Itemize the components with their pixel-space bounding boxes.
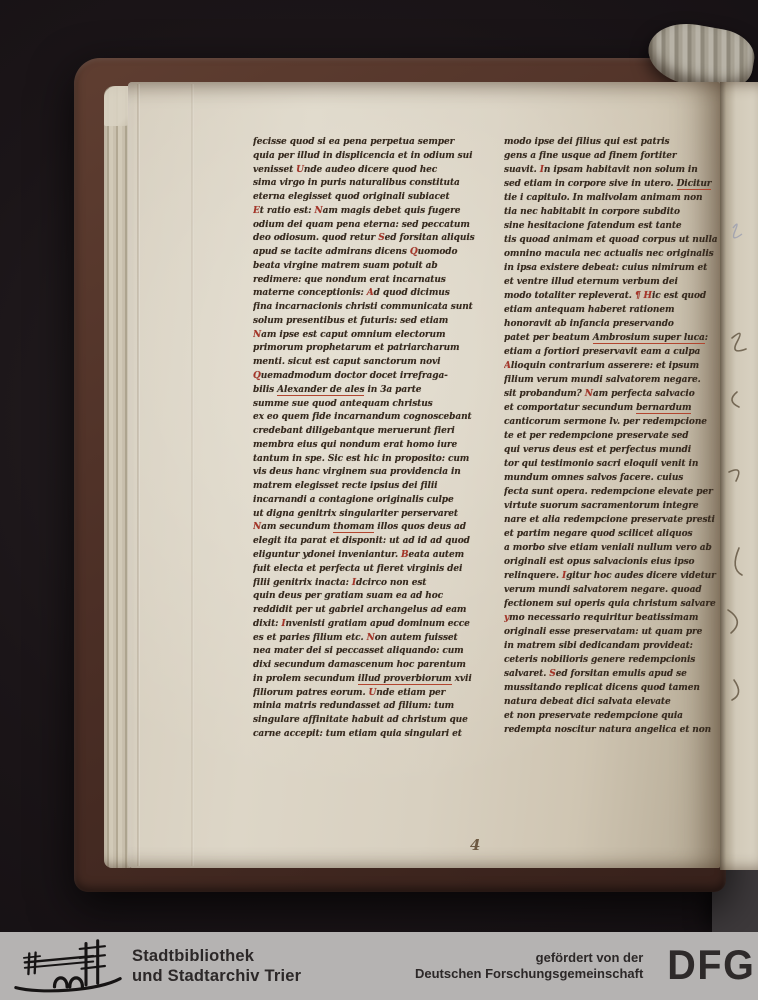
manuscript-line: tor qui testimonio sacri eloquii venit i… xyxy=(504,457,718,471)
funding-line2: Deutschen Forschungsgemeinschaft xyxy=(415,966,643,982)
manuscript-line: fectionem sui operis quia christum salva… xyxy=(504,597,718,611)
manuscript-line: ex eo quem fide incarnandum cognoscebant xyxy=(253,411,475,425)
manuscript-line: Quemadmodum doctor docet irrefraga- xyxy=(253,370,475,384)
manuscript-line: menti. sicut est caput sanctorum novi te… xyxy=(253,356,475,370)
library-name-line2: und Stadtarchiv Trier xyxy=(132,966,301,986)
manuscript-line: sine hesitacione fatendum est tante ydon… xyxy=(504,219,718,233)
manuscript-line: mussitando replicat dicens quod tamen hu… xyxy=(504,681,718,695)
manuscript-line: omnino macula nec actualis nec originali… xyxy=(504,247,718,261)
manuscript-line: ut digna genitrix singulariter perservar… xyxy=(253,508,475,522)
manuscript-line: apud se tacite admirans dicens Quomodo c… xyxy=(253,246,475,260)
manuscript-line: relinquere. Igitur hoc audes dicere vide… xyxy=(504,569,718,583)
manuscript-line: bilis Alexander de ales in 3a parte xyxy=(253,384,475,398)
manuscript-line: summe sue quod antequam christus incarna… xyxy=(253,398,475,412)
manuscript-line: incarnandi a contagione originalis culpe xyxy=(253,494,475,508)
marginalia-squiggles xyxy=(716,140,758,760)
manuscript-line: verum mundi salvatorem negare. quoad per… xyxy=(504,583,718,597)
manuscript-line: membra eius qui nondum erat homo iure se… xyxy=(253,439,475,453)
manuscript-line: et non preservate redempcione quia perfe… xyxy=(504,709,718,723)
manuscript-line: nare et alia redempcione preservate pres… xyxy=(504,513,718,527)
manuscript-line: fecisse quod si ea pena perpetua semper … xyxy=(253,136,475,150)
manuscript-line: modo totaliter repleverat. ¶ Hic est quo… xyxy=(504,289,718,303)
manuscript-line: redempta noscitur natura angelica et non… xyxy=(504,723,718,737)
manuscript-line: etiam antequam haberet rationem filiacio… xyxy=(504,303,718,317)
manuscript-line: Nam ipse est caput omnium electorum ange… xyxy=(253,329,475,343)
manuscript-line: tie i capitulo. In malivolam animam non … xyxy=(504,191,718,205)
manuscript-line: et comportatur secundum bernardum super … xyxy=(504,401,718,415)
manuscript-line: in ipsa existere debeat: cuius nimirum e… xyxy=(504,261,718,275)
parchment-fold-line xyxy=(137,84,140,866)
manuscript-line: elegit ita parat et disponit: ut ad id a… xyxy=(253,535,475,549)
manuscript-line: sit probandum? Nam perfecta salvacio pro… xyxy=(504,387,718,401)
dfg-logo: DFG xyxy=(668,942,756,989)
manuscript-line: et ventre illud eternum verbum dei ineff… xyxy=(504,275,718,289)
manuscript-line: credebant diligebantque meruerunt fieri xyxy=(253,425,475,439)
manuscript-line: matrem elegisset recte ipsius dei filii … xyxy=(253,480,475,494)
manuscript-line: tantum in spe. Sic est hic in proposito:… xyxy=(253,453,475,467)
manuscript-line: eliguntur ydonei inveniantur. Beata aute… xyxy=(253,549,475,563)
manuscript-line: originali est opus salvacionis eius ipso… xyxy=(504,555,718,569)
manuscript-line: a morbo sive etiam veniali nullum vero a… xyxy=(504,541,718,555)
manuscript-line: materne conceptionis: Ad quod dicimus qu… xyxy=(253,287,475,301)
manuscript-line: sima virgo in puris naturalibus constitu… xyxy=(253,177,475,191)
footer-bar: Stadtbibliothek und Stadtarchiv Trier ge… xyxy=(0,932,758,1000)
library-name: Stadtbibliothek und Stadtarchiv Trier xyxy=(132,946,301,986)
digitized-manuscript-page: fecisse quod si ea pena perpetua semper … xyxy=(0,0,758,1000)
manuscript-line: sed etiam in corpore sive in utero. Dici… xyxy=(504,177,718,191)
trier-bridge-logo-icon xyxy=(14,937,122,995)
manuscript-line: in prolem secundum illud proverbiorum xv… xyxy=(253,673,475,687)
manuscript-line: primorum prophetarum et patriarcharum ve… xyxy=(253,342,475,356)
funding-line1: gefördert von der xyxy=(415,950,643,966)
manuscript-line: minia matris redundasset ad filium: tum … xyxy=(253,700,475,714)
manuscript-line: Alioquin contrarium asserere: et ipsum c… xyxy=(504,359,718,373)
manuscript-line: Nam secundum thomam illos quos deus ad a… xyxy=(253,521,475,535)
manuscript-line: carne accepit: tum etiam quia singulari … xyxy=(253,728,475,742)
manuscript-line: qui verus deus est et perfectus mundi sa… xyxy=(504,443,718,457)
manuscript-line: in matrem sibi dedicandam provideat: eti… xyxy=(504,639,718,653)
manuscript-line: natura debeat dici salvata elevate redem… xyxy=(504,695,718,709)
manuscript-line: venisset Unde audeo dicere quod hec inno… xyxy=(253,164,475,178)
manuscript-line: reddidit per ut gabriel archangelus ad e… xyxy=(253,604,475,618)
manuscript-line: quia per illud in displicencia et in odi… xyxy=(253,150,475,164)
manuscript-line: filium verum mundi salvatorem negare. Qu… xyxy=(504,373,718,387)
manuscript-line: Et ratio est: Nam magis debet quis fuger… xyxy=(253,205,475,219)
manuscript-line: ymo necessario requiritur beatissimam vi… xyxy=(504,611,718,625)
manuscript-line: tis quoad animam et quoad corpus ut null… xyxy=(504,233,718,247)
manuscript-line: salvaret. Sed forsitan emulis apud se xyxy=(504,667,718,681)
parchment-fold-line xyxy=(191,84,194,866)
manuscript-line: modo ipse dei filius qui est patris sapi… xyxy=(504,135,718,149)
manuscript-line: beata virgine matrem suam potuit ab orig… xyxy=(253,260,475,274)
manuscript-line: solum presentibus et futuris: sed etiam … xyxy=(253,315,475,329)
manuscript-line: originali esse preservatam: ut quam pre … xyxy=(504,625,718,639)
text-column-right: modo ipse dei filius qui est patris sapi… xyxy=(504,135,718,737)
manuscript-line: virtute suorum sacramentorum integre ass… xyxy=(504,499,718,513)
manuscript-line: te et per redempcione preservate sed chr… xyxy=(504,429,718,443)
manuscript-line: tia nec habitabit in corpore subdito pec… xyxy=(504,205,718,219)
library-name-line1: Stadtbibliothek xyxy=(132,946,301,966)
manuscript-line: etiam a fortiori preservavit eam a culpa xyxy=(504,345,718,359)
manuscript-line: dixit: Invenisti gratiam apud dominum ec… xyxy=(253,618,475,632)
manuscript-line: vis deus hanc virginem sua providencia i… xyxy=(253,466,475,480)
manuscript-line: suavit. In ipsam habitavit non solum in … xyxy=(504,163,718,177)
manuscript-line: odium dei quam pena eterna: sed peccatum… xyxy=(253,219,475,233)
manuscript-line: et partim negare quod scilicet aliquos p… xyxy=(504,527,718,541)
manuscript-line: patet per beatum Ambrosium super luca: e… xyxy=(504,331,718,345)
manuscript-line: honoravit ab infancia preservando quemad… xyxy=(504,317,718,331)
manuscript-line: mundum omnes salvos facere. cuius utique… xyxy=(504,471,718,485)
manuscript-line: filii genitrix inacta: Idcirco non est d… xyxy=(253,577,475,591)
manuscript-line: filiorum patres eorum. Unde etiam per op… xyxy=(253,687,475,701)
funding-credit: gefördert von der Deutschen Forschungsge… xyxy=(415,950,643,982)
manuscript-line: deo odiosum. quod retur Sed forsitan ali… xyxy=(253,232,475,246)
text-column-left: fecisse quod si ea pena perpetua semper … xyxy=(253,136,475,744)
manuscript-line: canticorum sermone lv. per redempcione e… xyxy=(504,415,718,429)
page-edges-stack xyxy=(104,86,130,868)
quire-mark: 4 xyxy=(470,836,480,854)
manuscript-line: ceteris nobilioris genere redempcionis s… xyxy=(504,653,718,667)
manuscript-line: fina incarnacionis christi communicata s… xyxy=(253,301,475,315)
manuscript-line: gens a fine usque ad finem fortiter disp… xyxy=(504,149,718,163)
manuscript-line: fuit electa et perfecta ut fieret virgin… xyxy=(253,563,475,577)
photo-background: fecisse quod si ea pena perpetua semper … xyxy=(0,0,758,932)
manuscript-line: quin deus per gratiam suam ea ad hoc ydo… xyxy=(253,590,475,604)
manuscript-line: fecta sunt opera. redempcione elevate pe… xyxy=(504,485,718,499)
manuscript-line: eterna elegisset quod originali subiacet… xyxy=(253,191,475,205)
manuscript-line: redimere: que nondum erat incarnatus tem… xyxy=(253,274,475,288)
manuscript-line: nea mater dei si peccasset aliquando: cu… xyxy=(253,645,475,659)
manuscript-line: singulare affinitate habuit ad christum … xyxy=(253,714,475,728)
manuscript-line: dixi secundum damascenum hoc parentum re… xyxy=(253,659,475,673)
manuscript-line: es et paries filium etc. Non autem fuiss… xyxy=(253,632,475,646)
